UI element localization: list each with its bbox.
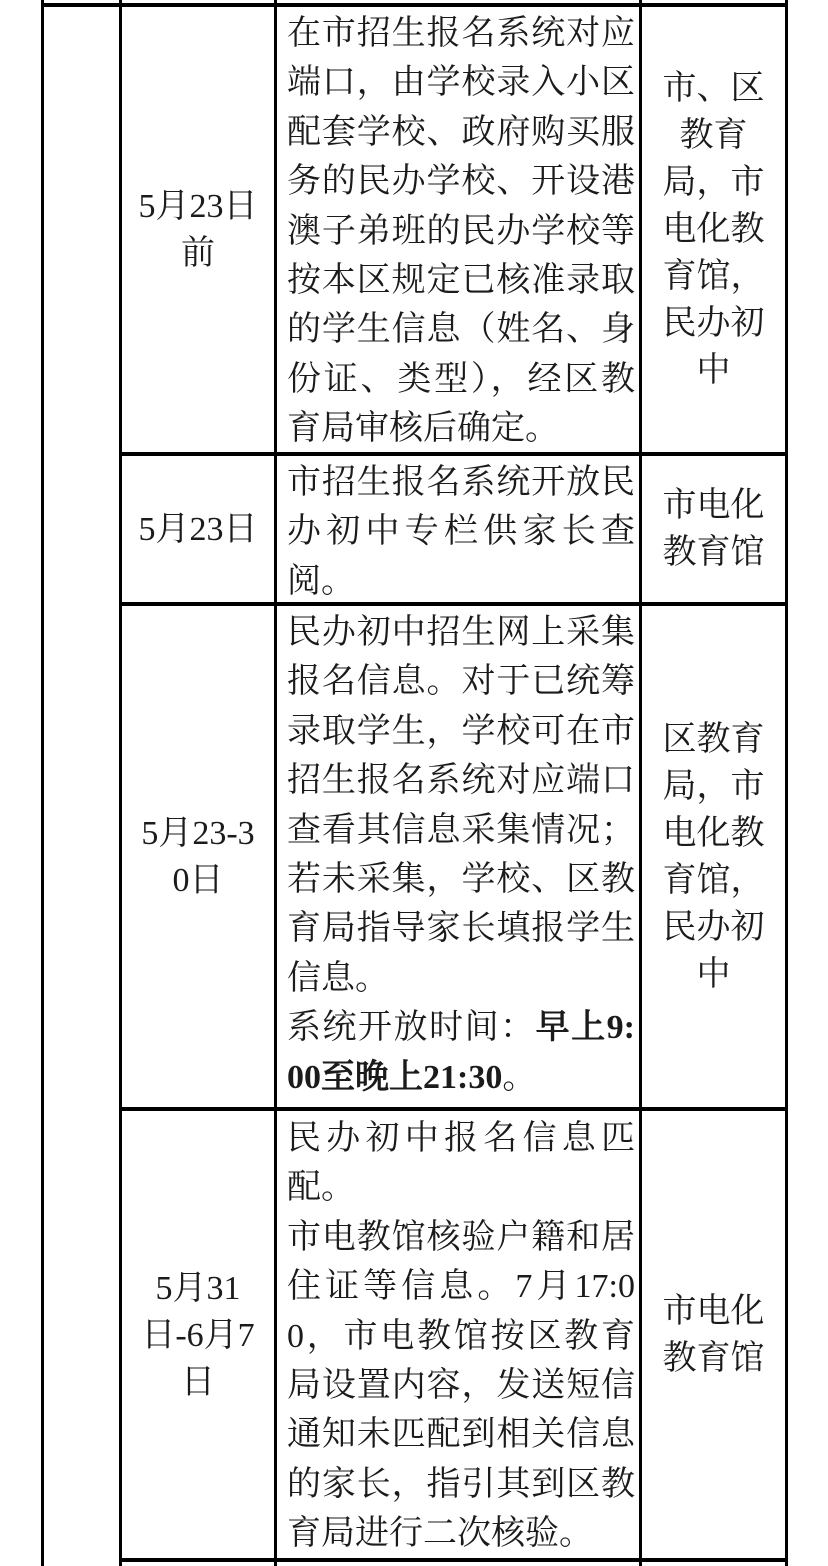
date-text: 5月23日 [139, 506, 258, 553]
row-divider [119, 1107, 788, 1111]
date-cell: 5月23-30日 [122, 606, 274, 1107]
table-right-border [785, 0, 788, 1566]
owner-cell: 市、区教育局，市电化教育馆，民办初中 [642, 7, 785, 452]
task-cell: 民办初中报名信息匹配。 市电教馆核验户籍和居住证等信息。7月17:00，市电教馆… [277, 1112, 639, 1558]
date-text: 5月23日前 [136, 183, 260, 277]
date-text: 5月31日-6月7日 [136, 1265, 260, 1406]
owner-text: 区教育局，市电化教育馆，民办初中 [651, 716, 776, 998]
date-cell: 5月31日-6月7日 [122, 1112, 274, 1558]
owner-cell: 区教育局，市电化教育馆，民办初中 [642, 606, 785, 1107]
task-cell: 在市招生报名系统对应端口，由学校录入小区配套学校、政府购买服务的民办学校、开设港… [277, 7, 639, 452]
owner-text: 市电化教育馆 [651, 482, 776, 576]
table-left-border [41, 0, 44, 1566]
task-cell: 民办初中招生网上采集报名信息。对于已统筹录取学生，学校可在市招生报名系统对应端口… [277, 606, 639, 1107]
task-cell: 市招生报名系统开放民办初中专栏供家长查阅。 [277, 456, 639, 602]
date-text: 5月23-30日 [136, 810, 260, 904]
date-cell: 5月23日前 [122, 7, 274, 452]
owner-cell: 市电化教育馆 [642, 456, 785, 602]
owner-cell: 市电化教育馆 [642, 1112, 785, 1558]
document-page: 5月23日前 在市招生报名系统对应端口，由学校录入小区配套学校、政府购买服务的民… [0, 0, 828, 1566]
owner-text: 市、区教育局，市电化教育馆，民办初中 [651, 65, 776, 394]
date-cell: 5月23日 [122, 456, 274, 602]
schedule-table: 5月23日前 在市招生报名系统对应端口，由学校录入小区配套学校、政府购买服务的民… [41, 0, 788, 1566]
owner-text: 市电化教育馆 [651, 1288, 776, 1382]
